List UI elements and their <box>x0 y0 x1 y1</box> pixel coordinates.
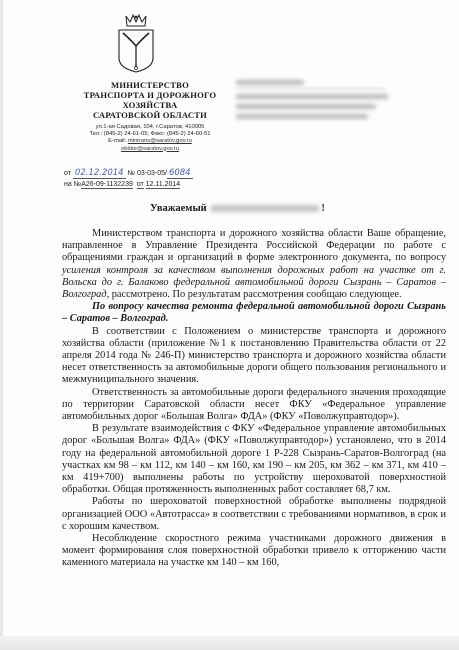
page-edge-shadow <box>0 0 3 650</box>
paragraph-6: Работы по шероховатой поверхностной обра… <box>62 496 446 533</box>
paragraph-4: Ответственность за автомобильные дороги … <box>62 387 446 424</box>
ministry-line: ТРАНСПОРТА И ДОРОЖНОГО <box>60 90 240 100</box>
redacted-line <box>236 94 388 99</box>
greeting-prefix: Уважаемый <box>150 203 207 214</box>
letter-body: Министерством транспорта и дорожного хоз… <box>62 228 446 570</box>
handwritten-number: 6084 <box>167 168 193 179</box>
address: ул.1-ая Садовая, 104, г.Саратов, 410005 <box>60 124 240 131</box>
paragraph-5: В результате взаимодействия с ФКУ «Федер… <box>62 423 446 496</box>
handwritten-date: 02.12.2014 <box>73 168 126 179</box>
outgoing-reference: от 02.12.2014 № 03-03-05/6084 <box>64 168 193 178</box>
paragraph-2-subheading: По вопросу качества ремонта федеральной … <box>62 301 446 325</box>
email-row: E-mail: mintrans@saratov.gov.ru <box>60 138 240 145</box>
greeting-suffix: ! <box>321 203 325 214</box>
redacted-line <box>236 104 376 109</box>
paragraph-1: Министерством транспорта и дорожного хоз… <box>62 228 446 301</box>
paragraph-3: В соответствии с Положением о министерст… <box>62 326 446 387</box>
redacted-line <box>236 80 304 85</box>
ministry-contacts: ул.1-ая Садовая, 104, г.Саратов, 410005 … <box>60 124 240 153</box>
incoming-number: А26-09-1132239 <box>81 181 133 189</box>
email-link-mintrans[interactable]: mintrans@saratov.gov.ru <box>128 138 192 144</box>
page-bottom-edge <box>0 636 459 650</box>
phone-fax: Тел.: (845-2) 24-61-05; Факс: (845-2) 24… <box>60 131 240 138</box>
email-label: E-mail: <box>108 138 126 144</box>
redacted-line <box>236 114 368 119</box>
letter-page: МИНИСТЕРСТВО ТРАНСПОРТА И ДОРОЖНОГО ХОЗЯ… <box>0 0 459 650</box>
from-label: от <box>64 170 71 177</box>
email-link-obldor[interactable]: obldor@saratov.gov.ru <box>121 146 179 152</box>
ministry-line: САРАТОВСКОЙ ОБЛАСТИ <box>60 110 240 120</box>
paragraph-7: Несоблюдение скоростного режима участник… <box>62 533 446 570</box>
number-label: № 03-03-05/ <box>128 170 167 177</box>
redacted-name <box>211 205 319 212</box>
recipient-block-redacted <box>236 80 366 124</box>
ministry-name: МИНИСТЕРСТВО ТРАНСПОРТА И ДОРОЖНОГО ХОЗЯ… <box>60 80 240 120</box>
ministry-line: МИНИСТЕРСТВО <box>60 80 240 90</box>
on-label: на № <box>64 181 81 188</box>
incoming-reference: на №А26-09-1132239 от 12.11.2014 <box>64 181 180 188</box>
greeting: Уважаемый ! <box>150 203 325 214</box>
on-date-label: от <box>137 181 144 189</box>
incoming-date: 12.11.2014 <box>146 181 181 189</box>
ministry-line: ХОЗЯЙСТВА <box>60 100 240 110</box>
saratov-coat-of-arms-icon <box>113 14 159 74</box>
